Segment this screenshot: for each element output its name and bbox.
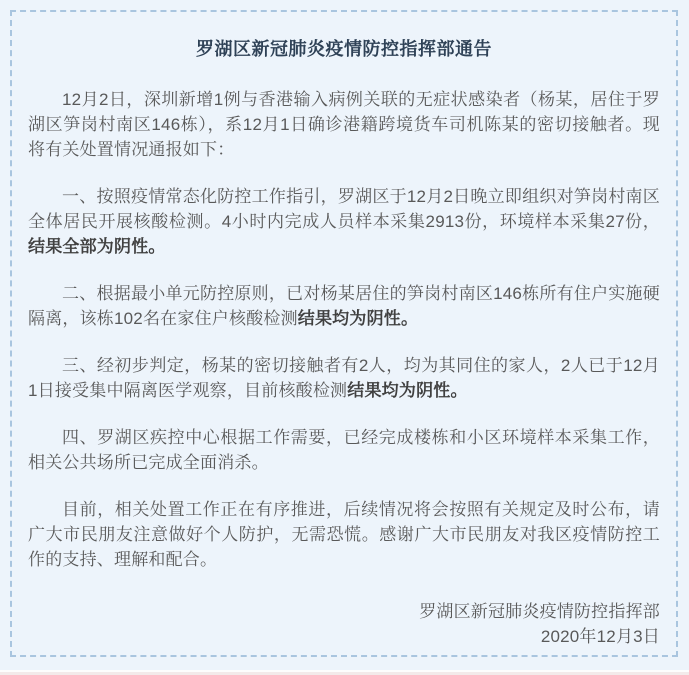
page-bottom-strip	[0, 670, 689, 675]
notice-paragraph-text: 四、罗湖区疾控中心根据工作需要，已经完成楼栋和小区环境样本采集工作，相关公共场所…	[28, 428, 660, 472]
notice-paragraph: 三、经初步判定，杨某的密切接触者有2人，均为其同住的家人，2人已于12月1日接受…	[28, 353, 660, 403]
notice-paragraph-text: 12月2日，深圳新增1例与香港输入病例关联的无症状感染者（杨某，居住于罗湖区笋岗…	[28, 90, 660, 159]
notice-paragraph-text: 目前，相关处置工作正在有序推进，后续情况将会按照有关规定及时公布，请广大市民朋友…	[28, 500, 660, 569]
notice-paragraph-bold-text: 结果均为阴性。	[298, 309, 418, 328]
notice-paragraph: 二、根据最小单元防控原则，已对杨某居住的笋岗村南区146栋所有住户实施硬隔离，该…	[28, 281, 660, 331]
notice-paragraph-text: 三、经初步判定，杨某的密切接触者有2人，均为其同住的家人，2人已于12月1日接受…	[28, 356, 660, 400]
notice-body: 12月2日，深圳新增1例与香港输入病例关联的无症状感染者（杨某，居住于罗湖区笋岗…	[28, 87, 660, 572]
notice-paragraph: 目前，相关处置工作正在有序推进，后续情况将会按照有关规定及时公布，请广大市民朋友…	[28, 497, 660, 572]
notice-paragraph-bold-text: 结果全部为阴性。	[28, 237, 166, 256]
notice-card: 罗湖区新冠肺炎疫情防控指挥部通告 12月2日，深圳新增1例与香港输入病例关联的无…	[10, 10, 678, 657]
notice-title: 罗湖区新冠肺炎疫情防控指挥部通告	[28, 35, 660, 61]
notice-paragraph: 四、罗湖区疾控中心根据工作需要，已经完成楼栋和小区环境样本采集工作，相关公共场所…	[28, 425, 660, 475]
notice-paragraph: 12月2日，深圳新增1例与香港输入病例关联的无症状感染者（杨某，居住于罗湖区笋岗…	[28, 87, 660, 162]
notice-paragraph-bold-text: 结果均为阴性。	[347, 381, 467, 400]
issue-date: 2020年12月3日	[28, 624, 660, 649]
notice-paragraph-text: 一、按照疫情常态化防控工作指引，罗湖区于12月2日晚立即组织对笋岗村南区全体居民…	[28, 187, 660, 231]
notice-paragraph: 一、按照疫情常态化防控工作指引，罗湖区于12月2日晚立即组织对笋岗村南区全体居民…	[28, 184, 660, 259]
signature-block: 罗湖区新冠肺炎疫情防控指挥部 2020年12月3日	[28, 599, 660, 649]
issuer-signature: 罗湖区新冠肺炎疫情防控指挥部	[28, 599, 660, 624]
